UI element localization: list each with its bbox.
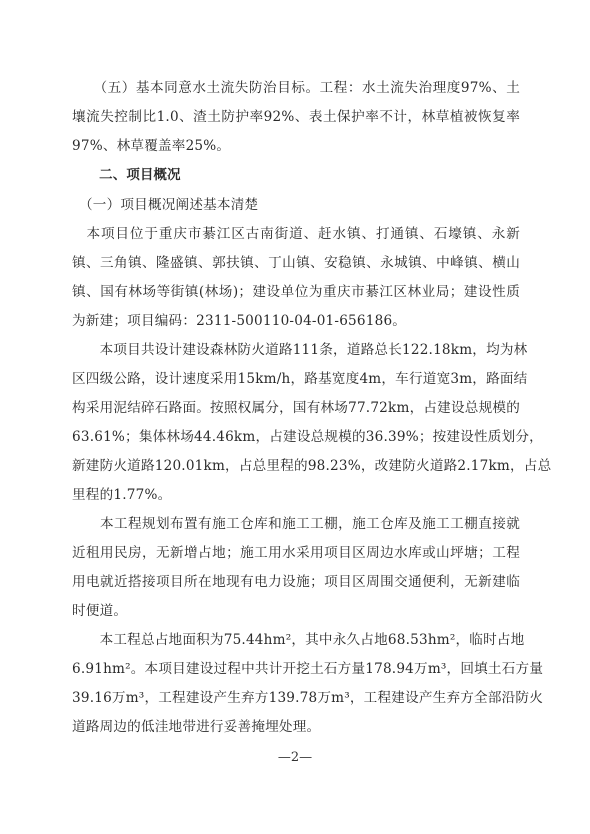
text-line: （五）基本同意水土流失防治目标。工程：水土流失治理度97%、土 (72, 78, 520, 98)
text-line: 6.91hm²。本项目建设过程中共计开挖土石方量178.94万m³，回填土石方量 (72, 659, 520, 679)
page-number: —2— (0, 750, 590, 765)
text-line: 用电就近搭接项目所在地现有电力设施；项目区周围交通便利，无新建临 (72, 572, 520, 592)
text-line: 时便道。 (72, 601, 520, 621)
text-line: 63.61%；集体林场44.46km，占建设总规模的36.39%；按建设性质划分… (72, 427, 520, 447)
text-line: 为新建；项目编码：2311-500110-04-01-656186。 (72, 311, 520, 331)
text-line: （一）项目概况阐述基本清楚 (72, 195, 520, 215)
text-line: 镇、国有林场等街镇(林场)；建设单位为重庆市綦江区林业局；建设性质 (72, 282, 520, 302)
text-line: 39.16万m³，工程建设产生弃方139.78万m³，工程建设产生弃方全部沿防火 (72, 688, 520, 708)
text-line: 构采用泥结碎石路面。按照权属分，国有林场77.72km，占建设总规模的 (72, 398, 520, 418)
text-line: 本工程规划布置有施工仓库和施工工棚，施工仓库及施工工棚直接就 (72, 514, 520, 534)
text-line: 区四级公路，设计速度采用15km/h，路基宽度4m，车行道宽3m，路面结 (72, 369, 520, 389)
text-line: 里程的1.77%。 (72, 485, 520, 505)
text-line: 近租用民房，无新增占地；施工用水采用项目区周边水库或山坪塘；工程 (72, 543, 520, 563)
text-line: 本项目共设计建设森林防火道路111条，道路总长122.18km，均为林 (72, 340, 520, 360)
text-line: 本项目位于重庆市綦江区古南街道、赶水镇、打通镇、石壕镇、永新 (72, 224, 520, 244)
text-line: 新建防火道路120.01km，占总里程的98.23%，改建防火道路2.17km，… (72, 456, 520, 476)
document-page: （五）基本同意水土流失防治目标。工程：水土流失治理度97%、土壤流失控制比1.0… (0, 0, 590, 834)
text-line: 本工程总占地面积为75.44hm²，其中永久占地68.53hm²，临时占地 (72, 630, 520, 650)
text-line: 镇、三角镇、隆盛镇、郭扶镇、丁山镇、安稳镇、永城镇、中峰镇、横山 (72, 253, 520, 273)
text-line: 道路周边的低洼地带进行妥善掩埋处理。 (72, 717, 520, 737)
text-line: 97%、林草覆盖率25%。 (72, 136, 520, 156)
section-heading: 二、项目概况 (72, 166, 520, 186)
text-line: 壤流失控制比1.0、渣土防护率92%、表土保护率不计，林草植被恢复率 (72, 107, 520, 127)
